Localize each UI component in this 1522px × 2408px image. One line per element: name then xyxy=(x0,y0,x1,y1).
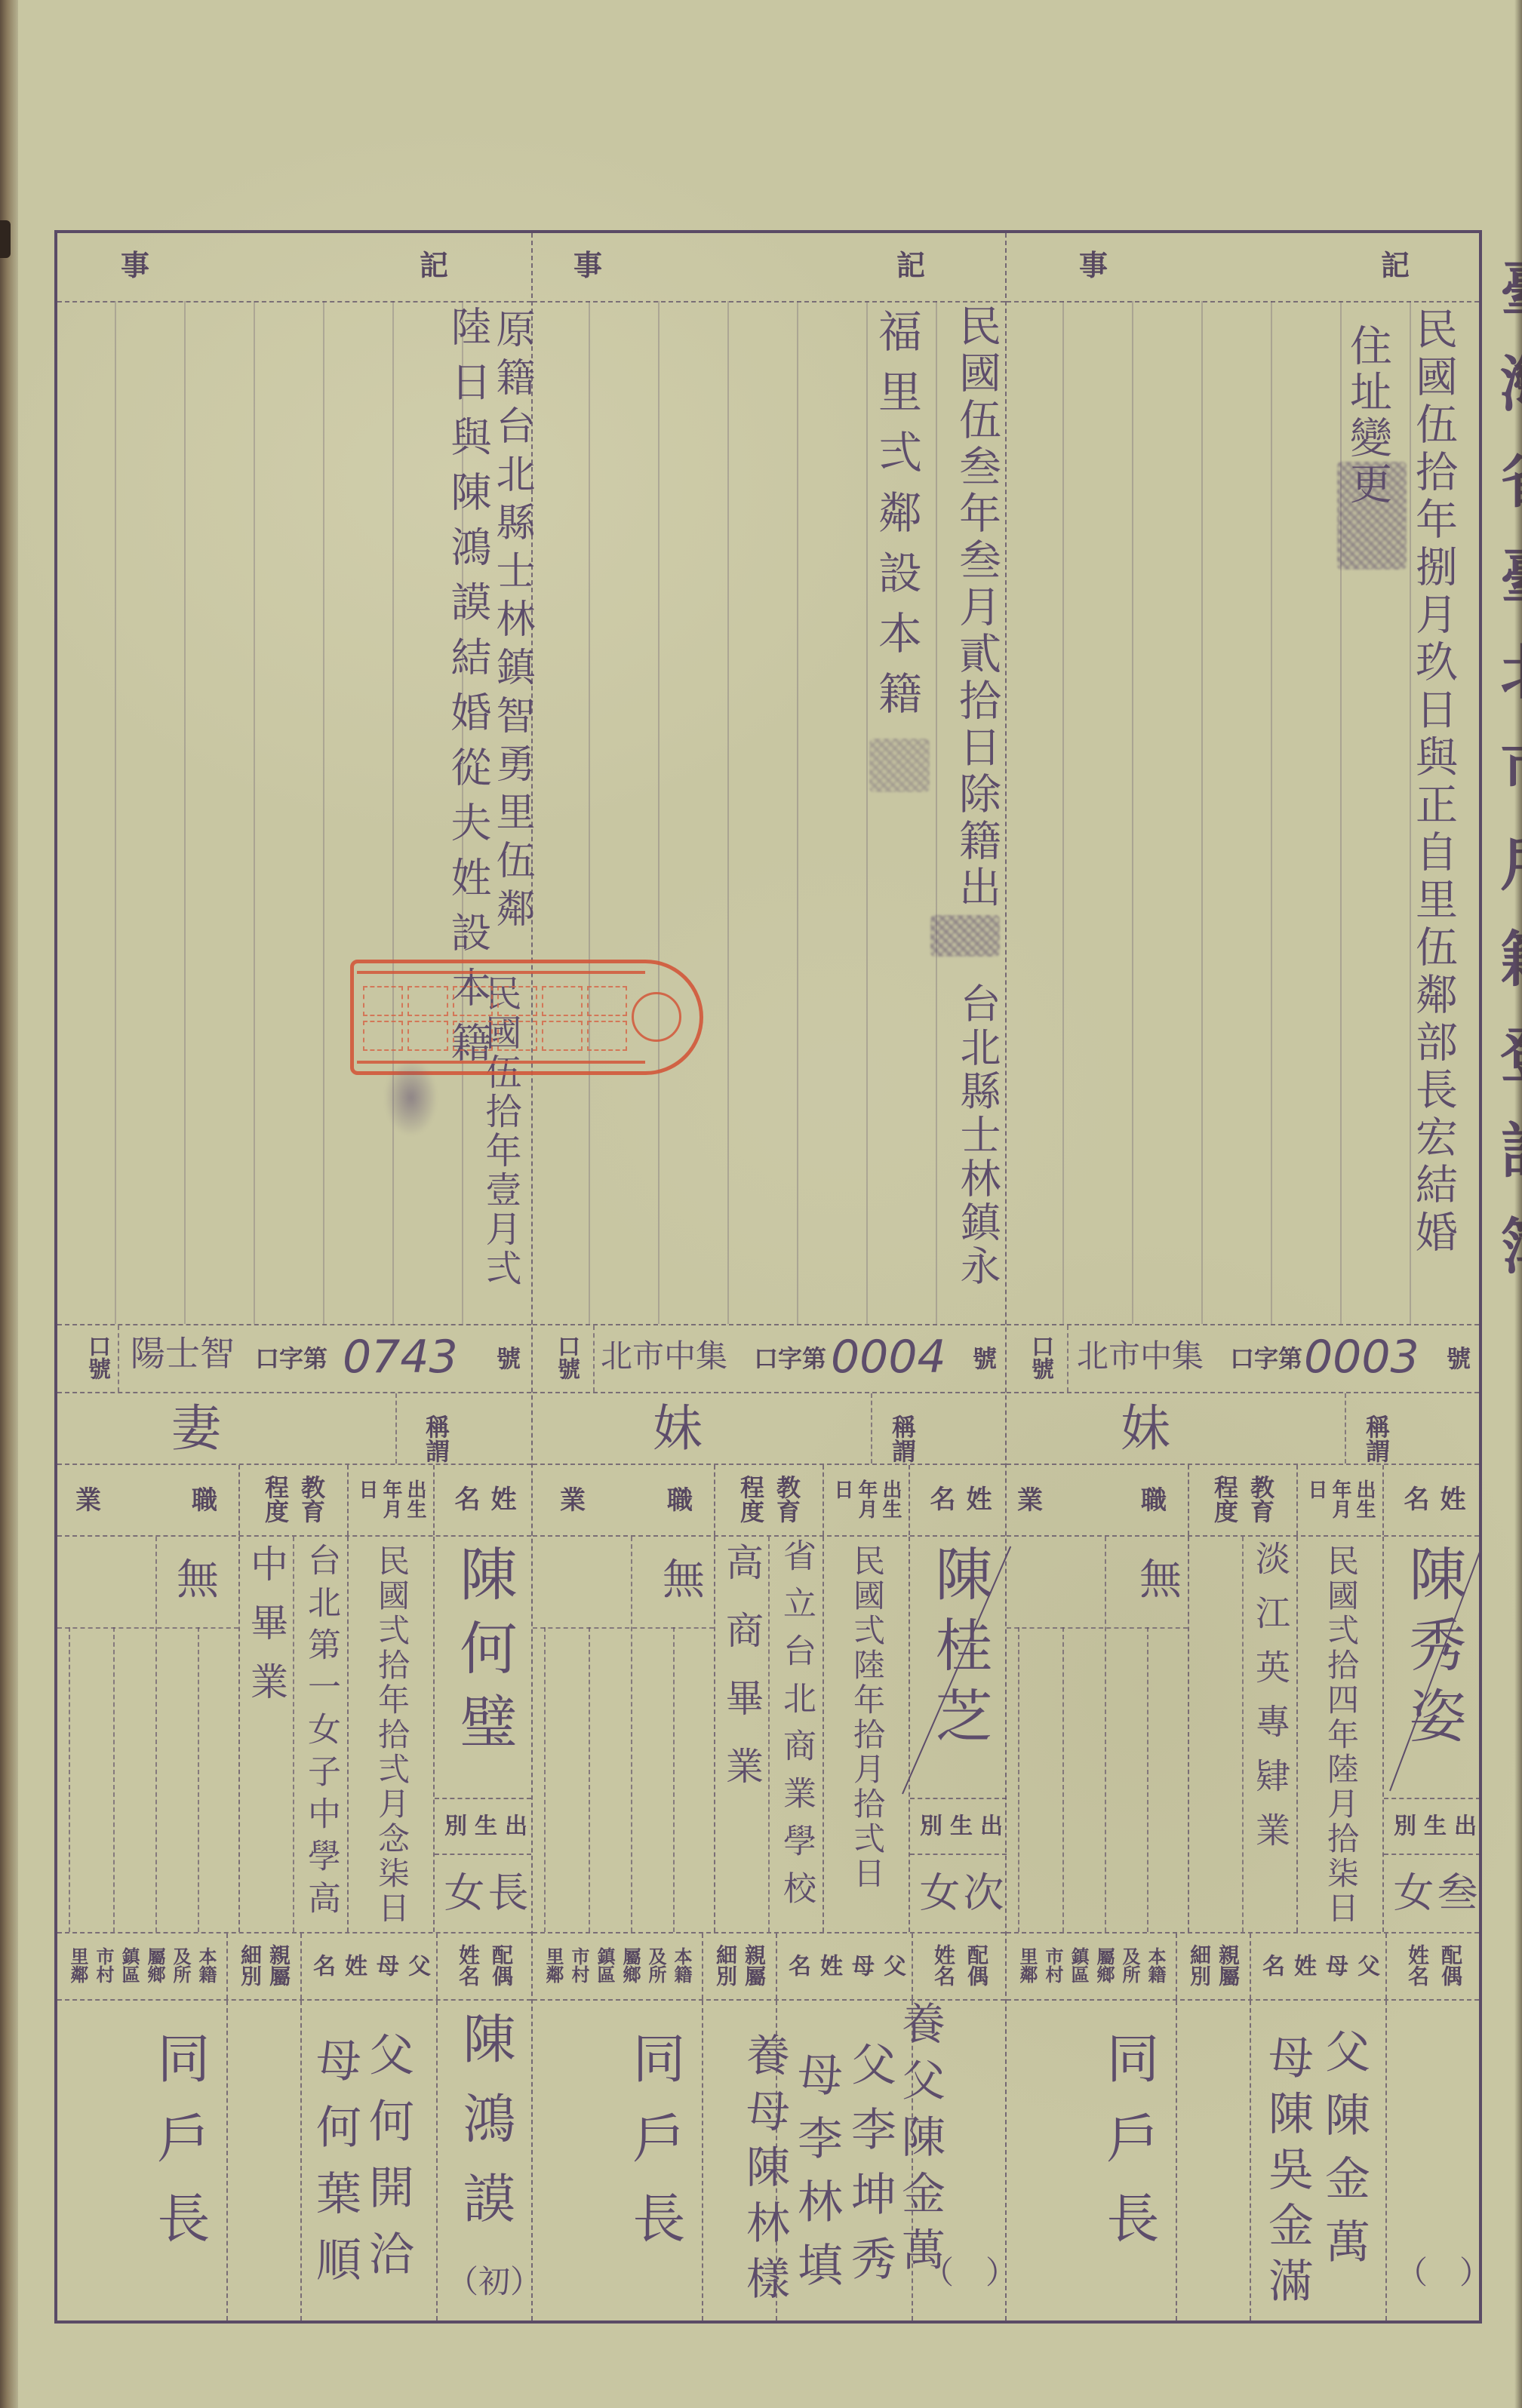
red-seal-stamp xyxy=(350,960,703,1075)
occupation-value: 無 xyxy=(663,1559,705,1602)
birth-order-label: 出生別 xyxy=(1387,1814,1477,1839)
remark-text: 民國伍叁年叁月貳拾日除籍出 xyxy=(955,304,998,912)
divider xyxy=(69,1627,70,1932)
relationship-title-label: 稱謂 xyxy=(872,1414,933,1442)
seal-glyph xyxy=(407,986,447,1016)
birth-order-value: 叁女 xyxy=(1388,1871,1476,1916)
divider xyxy=(113,1627,115,1932)
family-header-row: 本籍及所屬鄉鎮區市村里鄰 親屬細別 父母姓名 配偶姓名 xyxy=(57,1932,531,1999)
household-number-suffix: 號 xyxy=(1447,1347,1471,1371)
divider xyxy=(673,1627,675,1932)
remarks-area: 民國伍拾年捌月玖日與正自里伍鄰部長宏結婚 住址變更 xyxy=(1007,301,1479,1324)
divider xyxy=(1067,1325,1068,1392)
birth-order-value: 次女 xyxy=(915,1871,1002,1916)
household-number-label: 口號 xyxy=(554,1335,579,1380)
relation-detail-header: 親屬細別 xyxy=(1176,1933,1250,1999)
family-header-row: 本籍及所屬鄉鎮區市村里鄰 親屬細別 父母姓名 配偶姓名 xyxy=(1007,1932,1479,1999)
remarks-header-row: 記 事 xyxy=(533,233,1005,301)
spouse-label: 配偶姓名 xyxy=(927,1944,993,1989)
occupation-header: 職 業 xyxy=(1007,1465,1188,1535)
divider xyxy=(1007,1627,1188,1629)
book-binding-edge xyxy=(0,0,18,2408)
relation-detail-label: 親屬細別 xyxy=(1185,1944,1242,1989)
relation-detail-cell xyxy=(226,2001,300,2320)
register-entry-middle: 記 事 民國伍叁年叁月貳拾日除籍出 台北縣士林鎮永 福里弍鄰設本籍 口號 北市中… xyxy=(531,233,1005,2320)
birth-date-label: 出生年月日 xyxy=(1304,1479,1376,1522)
domicile-cell: 同戶長 xyxy=(1007,2001,1176,2320)
domicile-header: 本籍及所屬鄉鎮區市村里鄰 xyxy=(1007,1933,1176,1999)
father-name: 何開洽 xyxy=(361,2097,414,2296)
birth-order-cell: 叁女 xyxy=(1384,1855,1480,1932)
parents-header: 父母姓名 xyxy=(1250,1933,1385,1999)
seal-glyph-grid xyxy=(363,986,627,1051)
register-form-frame: 記 事 民國伍拾年捌月玖日與正自里伍鄰部長宏結婚 住址變更 口號 北市中集 口字… xyxy=(54,230,1482,2324)
divider xyxy=(1242,1537,1244,1932)
mother-label: 母 xyxy=(309,2037,361,2103)
relation-detail-cell xyxy=(1176,2001,1250,2320)
domicile-value: 同戶長 xyxy=(629,2031,681,2271)
remark-text: 福里弍鄰設本籍 xyxy=(875,309,918,731)
family-data-row: 同戶長 父陳金萬 母陳吳金滿 （ ） xyxy=(1007,1999,1479,2320)
divider xyxy=(1105,1537,1106,1932)
divider xyxy=(593,1325,595,1392)
divider xyxy=(1062,1627,1064,1932)
seal-glyph xyxy=(497,986,537,1016)
birth-order-cell: 長女 xyxy=(435,1855,531,1932)
remark-text: 民國伍拾年捌月玖日與正自里伍鄰部長宏結婚 xyxy=(1412,307,1454,1258)
relationship-title: 妹 xyxy=(1121,1404,1170,1454)
divider xyxy=(544,1627,546,1932)
remarks-header-shi: 事 xyxy=(573,251,602,280)
relation-detail-label: 親屬細別 xyxy=(235,1944,293,1989)
household-number-prefix: 口字第 xyxy=(1230,1347,1302,1371)
gray-seal-stamp xyxy=(1337,462,1407,570)
seal-glyph xyxy=(453,986,493,1016)
parents-cell: 父李坤秀 母李林填 xyxy=(776,2001,912,2320)
remarks-header-ji: 記 xyxy=(1381,251,1410,280)
father-label: 父 xyxy=(361,2031,414,2097)
mother-name: 陳吳金滿 xyxy=(1261,2090,1314,2313)
household-number-suffix: 號 xyxy=(973,1347,997,1371)
education-value: 省立台北商業學校 xyxy=(779,1538,813,1918)
domicile-header: 本籍及所屬鄉鎮區市村里鄰 xyxy=(57,1933,226,1999)
seal-glyph xyxy=(363,986,403,1016)
mother-entry: 母何葉順 xyxy=(312,2037,358,2302)
household-number-suffix: 號 xyxy=(497,1347,521,1371)
name-cell: 陳桂芝 出生別 次女 xyxy=(909,1537,1007,1932)
spouse-header: 配偶姓名 xyxy=(912,1933,1007,1999)
divider xyxy=(768,1537,770,1932)
ink-smudge xyxy=(384,1059,438,1136)
household-number: 0743 xyxy=(343,1335,458,1380)
seal-circle-mark xyxy=(632,992,681,1042)
mother-label: 母 xyxy=(1261,2034,1314,2090)
person-data-row: 無 淡江英專肄業 民國弍拾四年陸月拾柒日 陳秀姿 出生別 叁女 xyxy=(1007,1535,1479,1932)
mother-label: 母 xyxy=(790,2051,843,2115)
household-number-label: 口號 xyxy=(1028,1335,1053,1380)
father-name: 李坤秀 xyxy=(844,2105,896,2300)
adoptive-mother-annotation: 養母陳林樣 xyxy=(743,2032,786,2311)
birth-date-label: 出生年月日 xyxy=(355,1479,427,1522)
relation-detail-header: 親屬細別 xyxy=(226,1933,300,1999)
birth-date-cell: 民國弍拾四年陸月拾柒日 xyxy=(1296,1537,1382,1932)
birth-order-header: 出生別 xyxy=(910,1798,1007,1855)
birth-order-label: 出生別 xyxy=(438,1814,528,1839)
domicile-value: 同戶長 xyxy=(153,2031,206,2271)
occupation-header: 職 業 xyxy=(533,1465,714,1535)
education-label: 教育程度 xyxy=(733,1475,805,1526)
domicile-header: 本籍及所屬鄉鎮區市村里鄰 xyxy=(533,1933,702,1999)
birth-date-header: 出生年月日 xyxy=(347,1465,433,1535)
occupation-cell: 無 xyxy=(533,1537,714,1932)
mother-entry: 母陳吳金滿 xyxy=(1265,2034,1310,2313)
name-cell: 陳秀姿 出生別 叁女 xyxy=(1382,1537,1480,1932)
occupation-label-ye: 業 xyxy=(75,1488,101,1513)
birth-date-cell: 民國弍拾年拾弍月念柒日 xyxy=(347,1537,433,1932)
parents-label: 父母姓名 xyxy=(306,1954,432,1980)
divider xyxy=(631,1537,632,1932)
spouse-cell: （ ） xyxy=(1385,2001,1480,2320)
page-edge-shadow xyxy=(1514,0,1522,2408)
relationship-title: 妻 xyxy=(171,1404,221,1454)
person-header-row: 職 業 教育程度 出生年月日 姓名 xyxy=(57,1464,531,1535)
parents-header: 父母姓名 xyxy=(776,1933,912,1999)
education-cell: 台北第一女子中學高 中畢業 xyxy=(238,1537,347,1932)
remarks-area: 民國伍叁年叁月貳拾日除籍出 台北縣士林鎮永 福里弍鄰設本籍 xyxy=(533,301,1005,1324)
education-label: 教育程度 xyxy=(257,1475,330,1526)
relationship-title-label: 稱謂 xyxy=(406,1414,466,1442)
domicile-cell: 同戶長 xyxy=(57,2001,226,2320)
parents-header: 父母姓名 xyxy=(300,1933,436,1999)
person-header-row: 職 業 教育程度 出生年月日 姓名 xyxy=(533,1464,1005,1535)
birth-order-header: 出生別 xyxy=(1384,1798,1480,1855)
birth-order-header: 出生別 xyxy=(435,1798,531,1855)
spouse-header: 配偶姓名 xyxy=(436,1933,531,1999)
domicile-cell: 同戶長 xyxy=(533,2001,702,2320)
relationship-title: 妹 xyxy=(653,1404,703,1454)
domicile-label: 本籍及所屬鄉鎮區市村里鄰 xyxy=(1014,1947,1168,1986)
occupation-label-zhi: 職 xyxy=(192,1488,217,1513)
education-value: 高商畢業 xyxy=(723,1543,761,1814)
seal-glyph xyxy=(453,1021,493,1051)
parents-cell: 父陳金萬 母陳吳金滿 xyxy=(1250,2001,1385,2320)
household-place: 北市中集 xyxy=(1077,1341,1204,1372)
divider xyxy=(118,1325,119,1392)
seal-glyph xyxy=(497,1021,537,1051)
divider xyxy=(198,1627,199,1932)
remarks-header-ji: 記 xyxy=(896,251,925,280)
remarks-header-shi: 事 xyxy=(121,251,149,280)
birth-date-value: 民國弍陸年拾月拾弍日 xyxy=(851,1544,883,1891)
occupation-label-zhi: 職 xyxy=(1141,1488,1167,1513)
father-label: 父 xyxy=(1318,2028,1370,2091)
birth-date-header: 出生年月日 xyxy=(822,1465,909,1535)
household-place: 北市中集 xyxy=(601,1341,727,1372)
seal-glyph xyxy=(363,1021,403,1051)
remarks-header-ji: 記 xyxy=(420,251,448,280)
father-entry: 父何開洽 xyxy=(365,2031,410,2296)
birth-date-cell: 民國弍陸年拾月拾弍日 xyxy=(822,1537,909,1932)
education-value: 淡江英專肄業 xyxy=(1253,1540,1288,1866)
binding-mark xyxy=(0,220,11,258)
domicile-value: 同戶長 xyxy=(1102,2031,1155,2271)
birth-date-value: 民國弍拾年拾弍月念柒日 xyxy=(376,1544,407,1926)
spouse-cell: 陳鴻謨 （初） xyxy=(436,2001,531,2320)
name-header: 姓名 xyxy=(1382,1465,1480,1535)
occupation-label-ye: 業 xyxy=(1017,1488,1043,1513)
person-data-row: 無 台北第一女子中學高 中畢業 民國弍拾年拾弍月念柒日 陳何璧 出生別 長女 xyxy=(57,1535,531,1932)
person-name: 陳桂芝 xyxy=(930,1544,988,1757)
parents-label: 父母姓名 xyxy=(781,1954,908,1980)
spouse-header: 配偶姓名 xyxy=(1385,1933,1480,1999)
occupation-cell: 無 xyxy=(1007,1537,1188,1932)
family-header-row: 本籍及所屬鄉鎮區市村里鄰 親屬細別 父母姓名 配偶姓名 xyxy=(533,1932,1005,1999)
birth-date-header: 出生年月日 xyxy=(1296,1465,1382,1535)
household-number-prefix: 口字第 xyxy=(754,1347,826,1371)
name-cell: 陳何璧 出生別 長女 xyxy=(433,1537,531,1932)
divider xyxy=(1147,1627,1148,1932)
name-label: 姓名 xyxy=(1396,1485,1468,1516)
divider xyxy=(293,1537,294,1932)
register-entry-right: 記 事 民國伍拾年捌月玖日與正自里伍鄰部長宏結婚 住址變更 口號 北市中集 口字… xyxy=(1005,233,1479,2320)
remarks-header-shi: 事 xyxy=(1079,251,1108,280)
spouse-label: 配偶姓名 xyxy=(451,1944,518,1989)
birth-date-value: 民國弍拾四年陸月拾柒日 xyxy=(1325,1544,1357,1926)
education-header: 教育程度 xyxy=(238,1465,347,1535)
divider xyxy=(533,1627,714,1629)
divider xyxy=(155,1537,157,1932)
education-cell: 淡江英專肄業 xyxy=(1188,1537,1296,1932)
spouse-label: 配偶姓名 xyxy=(1401,1944,1467,1989)
education-cell: 省立台北商業學校 高商畢業 xyxy=(714,1537,822,1932)
education-header: 教育程度 xyxy=(714,1465,822,1535)
spouse-name: 陳鴻謨 xyxy=(459,2011,512,2251)
household-place: 陽士智 xyxy=(131,1336,235,1371)
occupation-cell: 無 xyxy=(57,1537,238,1932)
household-number-row: 口號 陽士智 口字第 0743 號 xyxy=(57,1324,531,1392)
occupation-label-zhi: 職 xyxy=(667,1488,693,1513)
household-number-row: 口號 北市中集 口字第 0003 號 xyxy=(1007,1324,1479,1392)
divider xyxy=(395,1393,397,1464)
education-header: 教育程度 xyxy=(1188,1465,1296,1535)
remarks-area: 原籍台北縣士林鎮智勇里伍鄰 民國伍拾年壹月弍 陸日與陳鴻謨結婚從夫姓設本籍 xyxy=(57,301,531,1324)
household-number: 0004 xyxy=(831,1335,946,1380)
person-data-row: 無 省立台北商業學校 高商畢業 民國弍陸年拾月拾弍日 陳桂芝 出生別 次女 xyxy=(533,1535,1005,1932)
education-label: 教育程度 xyxy=(1207,1475,1279,1526)
father-entry: 父李坤秀 xyxy=(847,2041,893,2300)
person-name: 陳何璧 xyxy=(455,1544,512,1766)
occupation-label-ye: 業 xyxy=(560,1488,586,1513)
parents-label: 父母姓名 xyxy=(1255,1954,1382,1980)
divider xyxy=(1018,1627,1019,1932)
household-number-prefix: 口字第 xyxy=(255,1347,327,1371)
gray-seal-stamp xyxy=(930,915,1000,957)
seal-glyph xyxy=(542,1021,582,1051)
register-entry-left: 記 事 原籍台北縣士林鎮智勇里伍鄰 民國伍拾年壹月弍 陸日與陳鴻謨結婚從夫姓設本… xyxy=(57,233,531,2320)
household-number-label: 口號 xyxy=(85,1335,109,1380)
divider xyxy=(589,1627,590,1932)
family-data-row: 同戶長 父何開洽 母何葉順 陳鴻謨 （初） xyxy=(57,1999,531,2320)
household-number: 0003 xyxy=(1304,1335,1419,1380)
person-header-row: 職 業 教育程度 出生年月日 姓名 xyxy=(1007,1464,1479,1535)
education-value: 台北第一女子中學高 xyxy=(304,1543,337,1923)
spouse-note: （ ） xyxy=(1396,2257,1491,2289)
spouse-note: （初） xyxy=(447,2266,542,2298)
adoptive-father-annotation: 養父陳金萬 xyxy=(898,2001,942,2284)
seal-glyph xyxy=(587,986,627,1016)
mother-entry: 母李林填 xyxy=(794,2051,839,2305)
remarks-header-row: 記 事 xyxy=(1007,233,1479,301)
remark-text: 台北縣士林鎮永 xyxy=(957,982,998,1288)
register-page-scan: 臺灣省臺北市戶籍登記簿 記 事 民國伍拾年捌月玖日與正自里伍鄰部長宏結婚 住址變… xyxy=(0,0,1522,2408)
father-label: 父 xyxy=(844,2041,896,2105)
birth-date-label: 出生年月日 xyxy=(830,1479,902,1522)
seal-glyph xyxy=(542,986,582,1016)
name-label: 姓名 xyxy=(447,1485,519,1516)
mother-name: 何葉順 xyxy=(309,2103,361,2302)
education-value: 中畢業 xyxy=(248,1544,285,1721)
relation-detail-label: 親屬細別 xyxy=(711,1944,768,1989)
relationship-title-row: 妹 稱謂 xyxy=(533,1392,1005,1464)
birth-order-label: 出生別 xyxy=(913,1814,1004,1839)
relationship-title-label: 稱謂 xyxy=(1346,1414,1407,1442)
father-entry: 父陳金萬 xyxy=(1321,2028,1367,2281)
family-data-row: 同戶長 父李坤秀 母李林填 （ ） 養父陳金萬 養母陳林樣 xyxy=(533,1999,1005,2320)
father-name: 陳金萬 xyxy=(1318,2091,1370,2281)
occupation-value: 無 xyxy=(177,1559,219,1602)
birth-order-value: 長女 xyxy=(439,1871,527,1916)
domicile-label: 本籍及所屬鄉鎮區市村里鄰 xyxy=(540,1947,694,1986)
relation-detail-header: 親屬細別 xyxy=(702,1933,776,1999)
household-number-row: 口號 北市中集 口字第 0004 號 xyxy=(533,1324,1005,1392)
seal-glyph xyxy=(407,1021,447,1051)
name-header: 姓名 xyxy=(909,1465,1007,1535)
divider xyxy=(57,1627,238,1629)
birth-order-cell: 次女 xyxy=(910,1855,1007,1932)
remarks-header-row: 記 事 xyxy=(57,233,531,301)
occupation-header: 職 業 xyxy=(57,1465,238,1535)
domicile-label: 本籍及所屬鄉鎮區市村里鄰 xyxy=(65,1947,219,1986)
relationship-title-row: 妻 稱謂 xyxy=(57,1392,531,1464)
occupation-value: 無 xyxy=(1139,1559,1182,1602)
mother-name: 李林填 xyxy=(790,2115,843,2305)
relationship-title-row: 妹 稱謂 xyxy=(1007,1392,1479,1464)
seal-glyph xyxy=(587,1021,627,1051)
parents-cell: 父何開洽 母何葉順 xyxy=(300,2001,436,2320)
name-label: 姓名 xyxy=(922,1485,995,1516)
gray-seal-stamp xyxy=(869,739,930,792)
remark-text: 原籍台北縣士林鎮智勇里伍鄰 xyxy=(492,309,531,936)
name-header: 姓名 xyxy=(433,1465,531,1535)
